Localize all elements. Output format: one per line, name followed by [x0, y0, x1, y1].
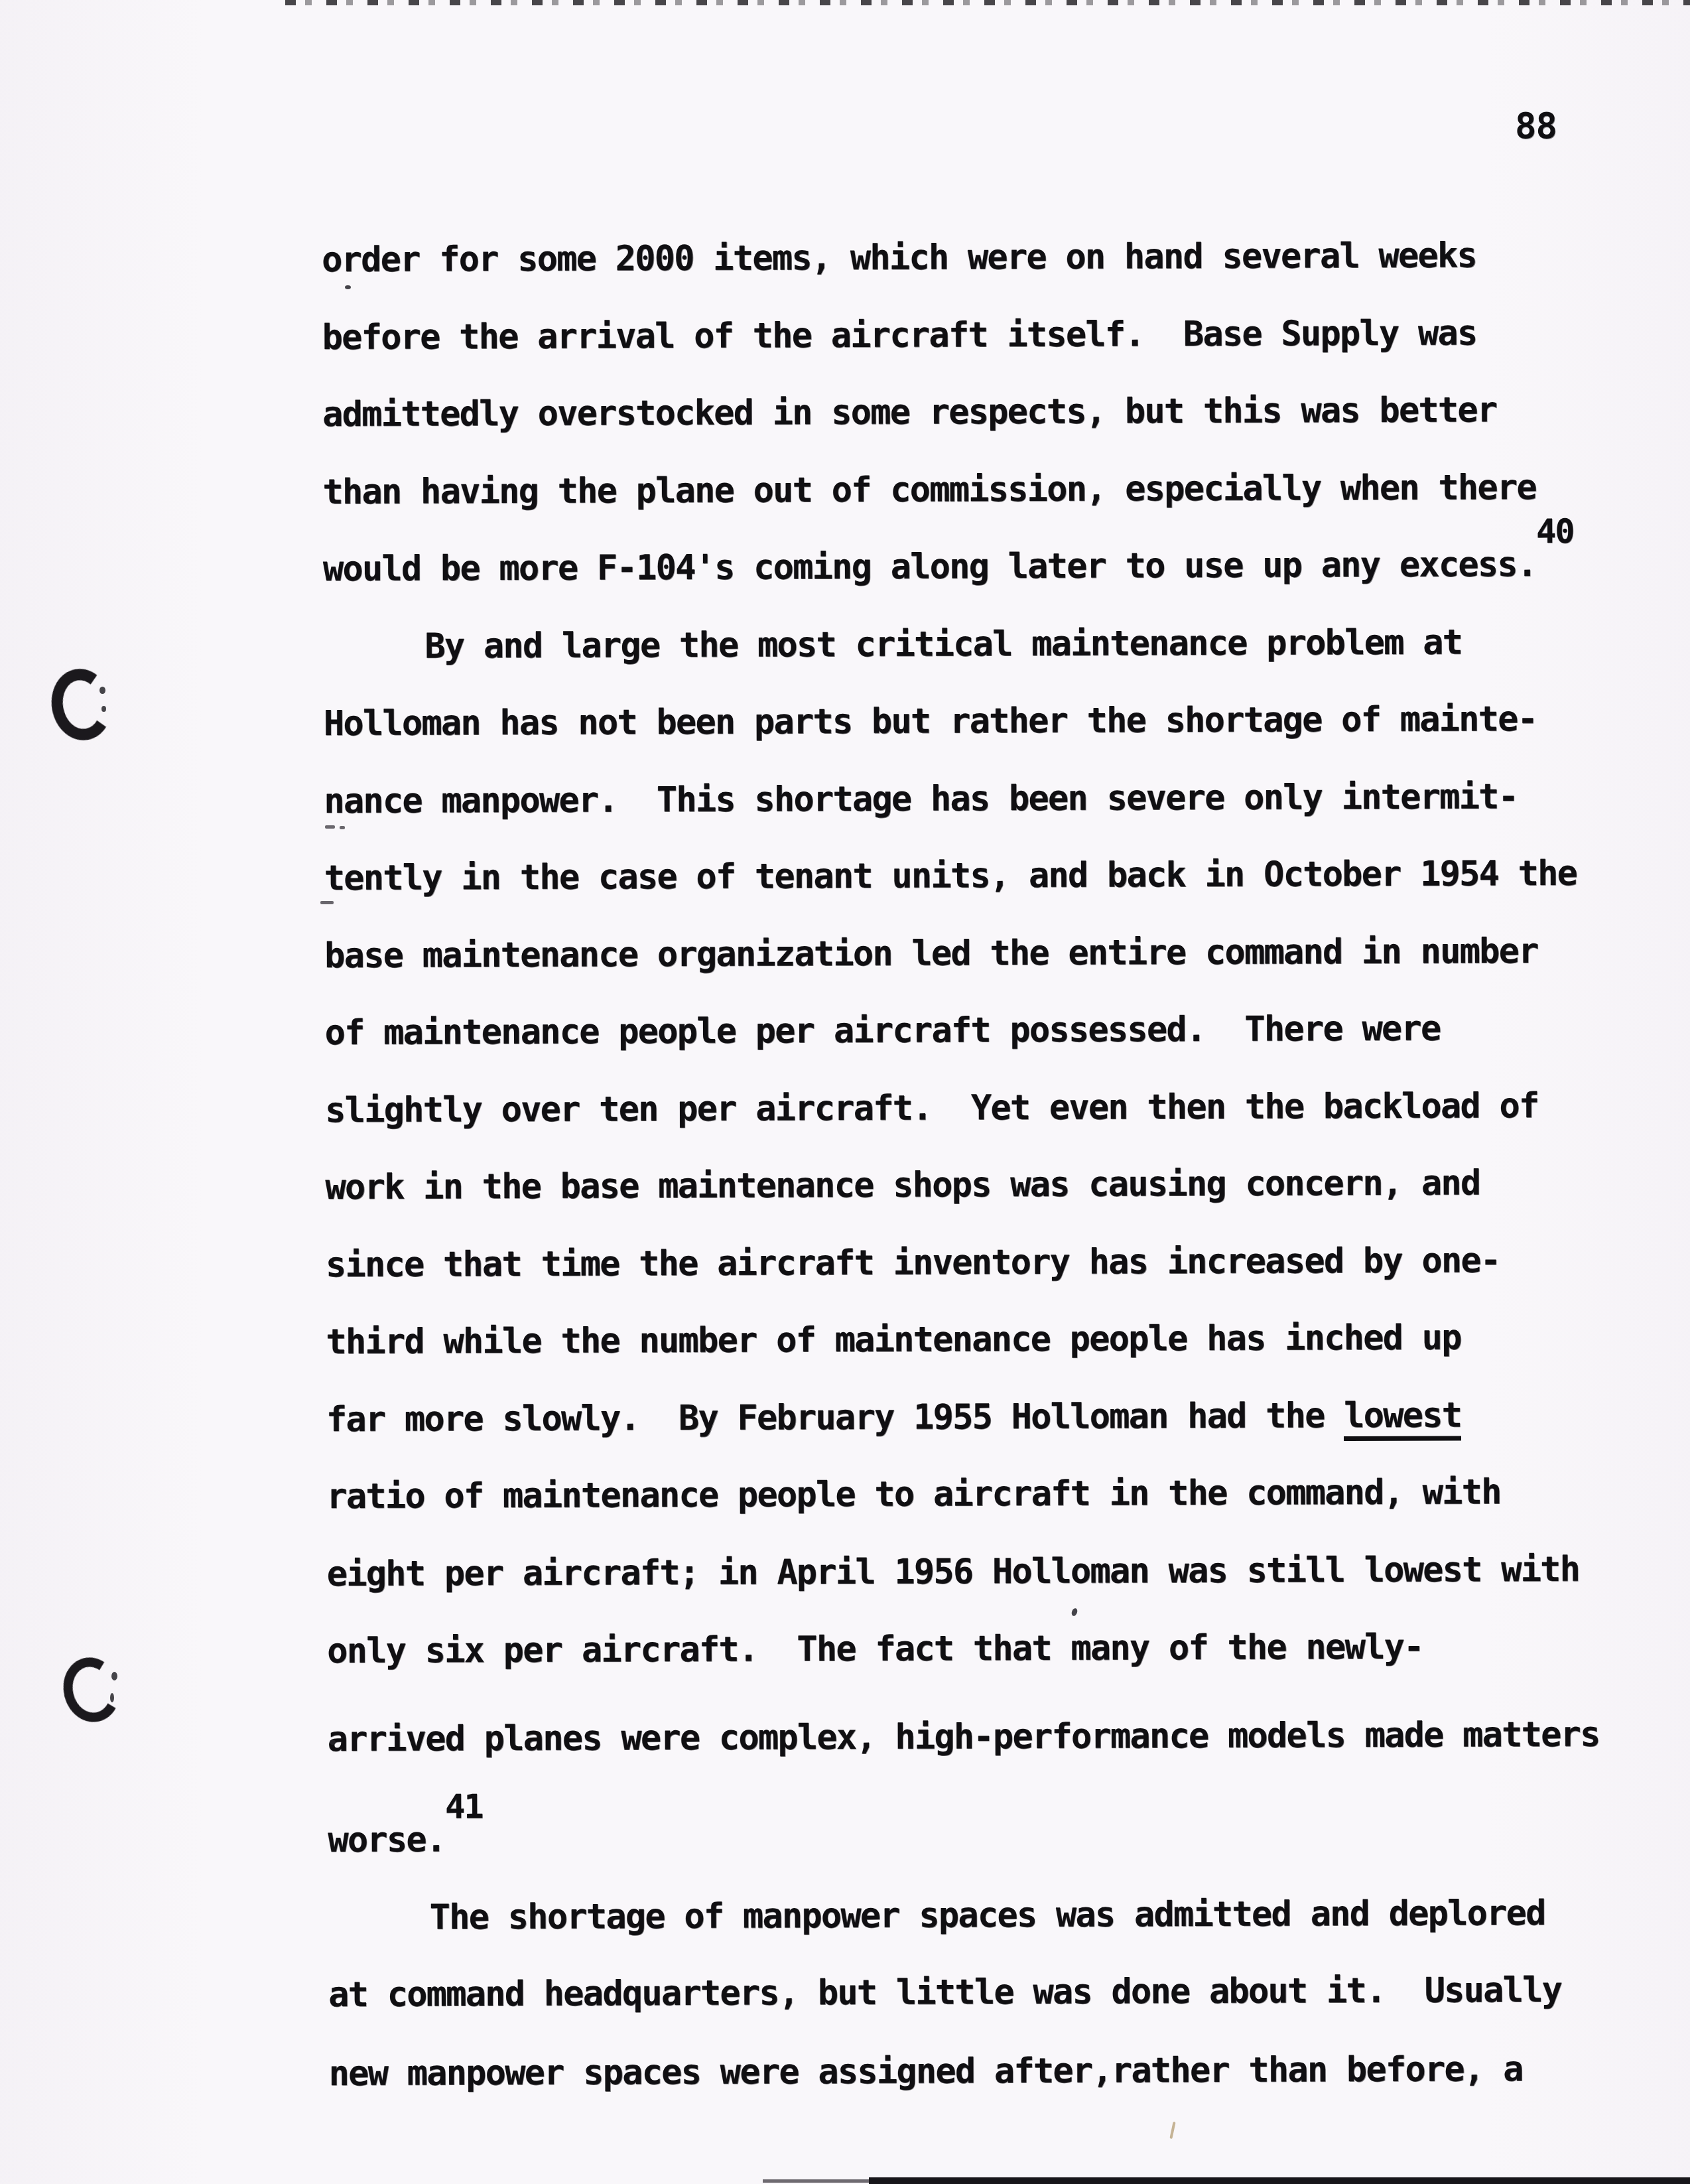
text-run: before the arrival of the aircraft itsel…: [322, 313, 1477, 358]
text-line-14: since that time the aircraft inventory h…: [326, 1240, 1500, 1286]
scan-speck: [99, 687, 105, 694]
pencil-dash: [340, 826, 345, 829]
text-run: at command headquarters, but little was …: [328, 1970, 1561, 2015]
text-run: slightly over ten per aircraft. Yet even…: [325, 1085, 1539, 1130]
text-line-11: of maintenance people per aircraft posse…: [325, 1008, 1441, 1054]
text-run: than having the plane out of commission,…: [322, 467, 1536, 512]
text-run: nance manpower. This shortage has been s…: [324, 777, 1518, 821]
bottom-edge-scan-artifact: [869, 2177, 1690, 2184]
text-line-8: nance manpower. This shortage has been s…: [324, 776, 1518, 822]
scan-speck: [110, 1693, 114, 1702]
text-run: would be more F-104's coming along later…: [323, 545, 1537, 589]
text-run: of maintenance people per aircraft posse…: [325, 1009, 1441, 1053]
text-line-3: admittedly overstocked in some respects,…: [322, 389, 1497, 435]
text-line-4: than having the plane out of commission,…: [322, 466, 1536, 512]
text-run: By and large the most critical maintenan…: [424, 622, 1462, 666]
text-run: new manpower spaces were assigned after,…: [329, 2049, 1523, 2094]
text-run: ratio of maintenance people to aircraft …: [326, 1472, 1501, 1517]
text-run: admittedly overstocked in some respects,…: [322, 390, 1497, 435]
text-line-5: would be more F-104's coming along later…: [323, 544, 1574, 590]
text-run: The shortage of manpower spaces was admi…: [430, 1893, 1545, 1937]
footnote-ref-40: 40: [1536, 511, 1574, 552]
text-line-7: Holloman has not been parts but rather t…: [324, 699, 1537, 744]
text-line-16: far more slowly. By February 1955 Hollom…: [326, 1395, 1462, 1440]
text-line-17: ratio of maintenance people to aircraft …: [326, 1471, 1501, 1517]
pencil-dash: [320, 901, 334, 904]
text-run: far more slowly. By February 1955 Hollom…: [326, 1396, 1344, 1440]
text-run: only six per aircraft. The fact that man…: [327, 1627, 1423, 1671]
bottom-edge-scan-artifact-fade: [763, 2179, 870, 2183]
text-run: base maintenance organization led the en…: [324, 931, 1538, 975]
text-line-6: By and large the most critical maintenan…: [424, 622, 1462, 667]
text-line-2: before the arrival of the aircraft itsel…: [322, 312, 1477, 358]
text-line-19: only six per aircraft. The fact that man…: [327, 1627, 1423, 1672]
scan-speck: [345, 285, 351, 289]
underlined-word: lowest: [1344, 1395, 1461, 1441]
text-line-23: at command headquarters, but little was …: [328, 1970, 1561, 2015]
text-line-12: slightly over ten per aircraft. Yet even…: [325, 1085, 1539, 1130]
scan-speck: [330, 1740, 336, 1745]
text-run: worse.: [328, 1820, 445, 1860]
scan-speck: [101, 706, 106, 712]
document-page: 88 order for some 2000 items, which were…: [0, 0, 1690, 2184]
footnote-ref-41: 41: [445, 1786, 483, 1827]
text-line-18: eight per aircraft; in April 1956 Hollom…: [327, 1548, 1580, 1594]
text-line-15: third while the number of maintenance pe…: [326, 1317, 1461, 1363]
scan-speck: [111, 1672, 117, 1680]
text-line-9: tently in the case of tenant units, and …: [324, 853, 1577, 899]
text-run: Holloman has not been parts but rather t…: [324, 699, 1537, 744]
text-run: work in the base maintenance shops was c…: [325, 1163, 1480, 1207]
text-line-10: base maintenance organization led the en…: [324, 930, 1538, 976]
text-run: since that time the aircraft inventory h…: [326, 1241, 1500, 1285]
text-run: third while the number of maintenance pe…: [326, 1318, 1461, 1362]
text-line-13: work in the base maintenance shops was c…: [325, 1162, 1480, 1208]
pencil-dash: [325, 825, 335, 829]
text-line-22: The shortage of manpower spaces was admi…: [430, 1892, 1545, 1937]
text-run: eight per aircraft; in April 1956 Hollom…: [327, 1549, 1580, 1594]
text-run: order for some 2000 items, which were on…: [322, 236, 1476, 280]
typewritten-text-block: order for some 2000 items, which were on…: [0, 0, 1690, 2184]
text-run: arrived planes were complex, high-perfor…: [328, 1714, 1600, 1759]
text-line-21: worse.41: [328, 1819, 483, 1861]
text-line-20: arrived planes were complex, high-perfor…: [328, 1714, 1600, 1759]
text-run: tently in the case of tenant units, and …: [324, 854, 1577, 898]
text-line-24: new manpower spaces were assigned after,…: [329, 2049, 1523, 2094]
text-line-1: order for some 2000 items, which were on…: [322, 235, 1476, 281]
